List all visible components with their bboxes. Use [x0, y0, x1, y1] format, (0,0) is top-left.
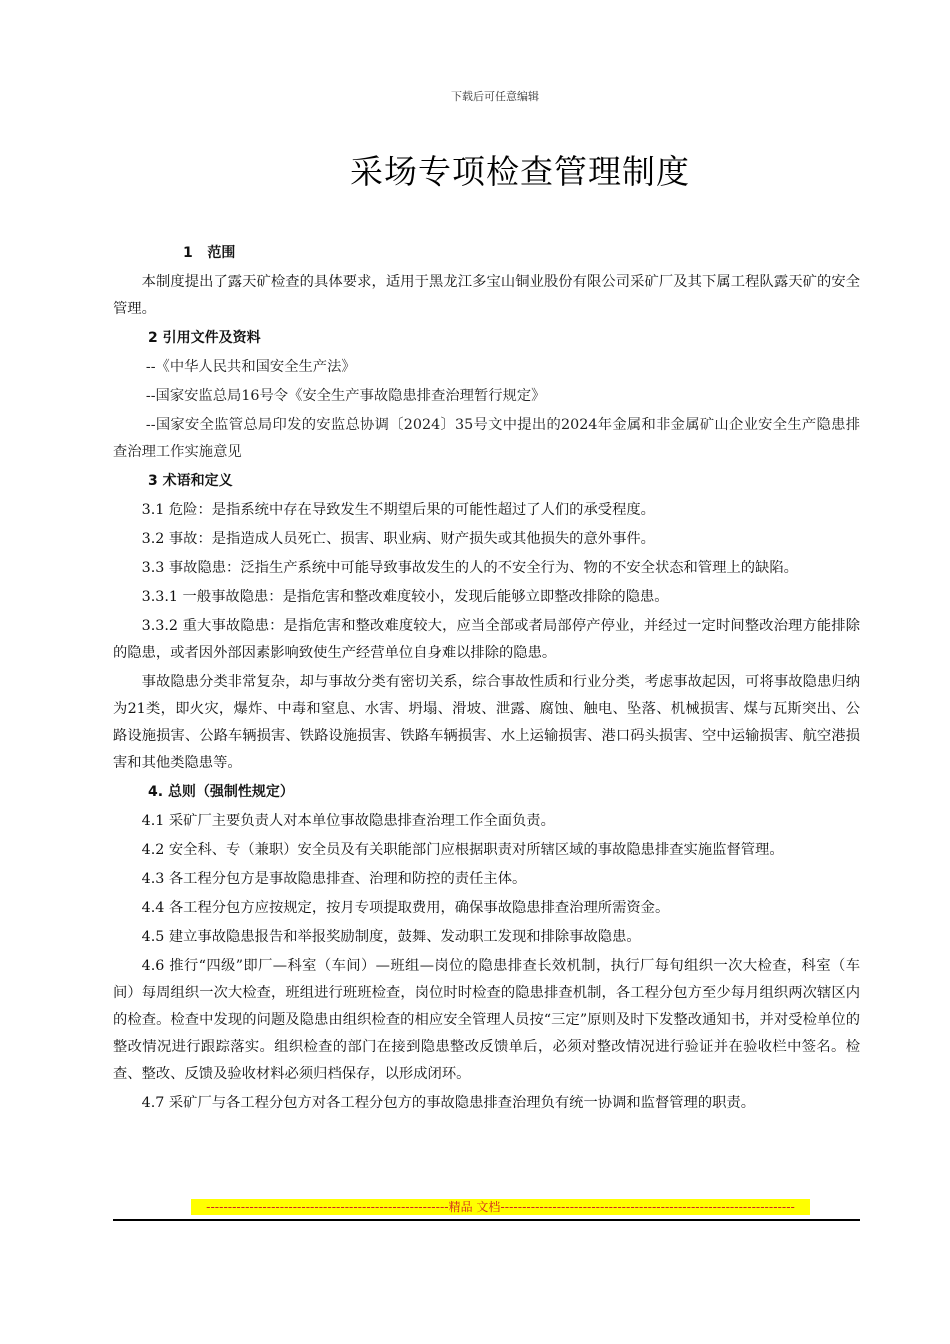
- reference-item: --国家安全监管总局印发的安监总协调〔2024〕35号文中提出的2024年金属和…: [113, 412, 860, 466]
- footer-banner: ----------------------------------------…: [191, 1199, 810, 1215]
- classification-paragraph: 事故隐患分类非常复杂，却与事故分类有密切关系，综合事故性质和行业分类，考虑事故起…: [113, 669, 860, 777]
- definition-item: 3.3.1 一般事故隐患：是指危害和整改难度较小，发现后能够立即整改排除的隐患。: [113, 584, 860, 611]
- rule-item: 4.7 采矿厂与各工程分包方对各工程分包方的事故隐患排查治理负有统一协调和监督管…: [113, 1090, 860, 1117]
- definition-item: 3.1 危险：是指系统中存在导致发生不期望后果的可能性超过了人们的承受程度。: [113, 497, 860, 524]
- rule-item: 4.2 安全科、专（兼职）安全员及有关职能部门应根据职责对所辖区域的事故隐患排查…: [113, 837, 860, 864]
- definition-item: 3.2 事故：是指造成人员死亡、损害、职业病、财产损失或其他损失的意外事件。: [113, 526, 860, 553]
- section-heading-3: 3 术语和定义: [113, 468, 860, 495]
- document-body: 1 范围 本制度提出了露天矿检查的具体要求，适用于黑龙江多宝山铜业股份有限公司采…: [113, 240, 860, 1119]
- document-title: 采场专项检查管理制度: [0, 146, 950, 193]
- rule-item: 4.6 推行“四级”即厂—科室（车间）—班组—岗位的隐患排查长效机制，执行厂每旬…: [113, 953, 860, 1088]
- section-title: 引用文件及资料: [163, 330, 261, 346]
- definition-item: 3.3.2 重大事故隐患：是指危害和整改难度较大，应当全部或者局部停产停业，并经…: [113, 613, 860, 667]
- rule-item: 4.3 各工程分包方是事故隐患排查、治理和防控的责任主体。: [113, 866, 860, 893]
- footer-divider: [113, 1219, 860, 1221]
- definition-item: 3.3 事故隐患：泛指生产系统中可能导致事故发生的人的不安全行为、物的不安全状态…: [113, 555, 860, 582]
- rule-item: 4.4 各工程分包方应按规定，按月专项提取费用，确保事故隐患排查治理所需资金。: [113, 895, 860, 922]
- scope-paragraph: 本制度提出了露天矿检查的具体要求，适用于黑龙江多宝山铜业股份有限公司采矿厂及其下…: [113, 269, 860, 323]
- section-number: 3: [148, 473, 158, 489]
- section-heading-4: 4. 总则（强制性规定）: [113, 779, 860, 806]
- rule-item: 4.5 建立事故隐患报告和举报奖励制度，鼓舞、发动职工发现和排除事故隐患。: [113, 924, 860, 951]
- rule-item: 4.1 采矿厂主要负责人对本单位事故隐患排查治理工作全面负责。: [113, 808, 860, 835]
- section-title: 总则（强制性规定）: [168, 784, 294, 800]
- section-number: 4.: [148, 784, 163, 800]
- reference-item: --《中华人民共和国安全生产法》: [113, 354, 860, 381]
- header-note: 下载后可任意编辑: [0, 88, 950, 104]
- section-title: 范围: [207, 245, 235, 261]
- section-number: 1: [148, 240, 193, 267]
- section-number: 2: [148, 330, 158, 346]
- section-title: 术语和定义: [163, 473, 233, 489]
- reference-item: --国家安监总局16号令《安全生产事故隐患排查治理暂行规定》: [113, 383, 860, 410]
- section-heading-1: 1 范围: [113, 240, 860, 267]
- section-heading-2: 2 引用文件及资料: [113, 325, 860, 352]
